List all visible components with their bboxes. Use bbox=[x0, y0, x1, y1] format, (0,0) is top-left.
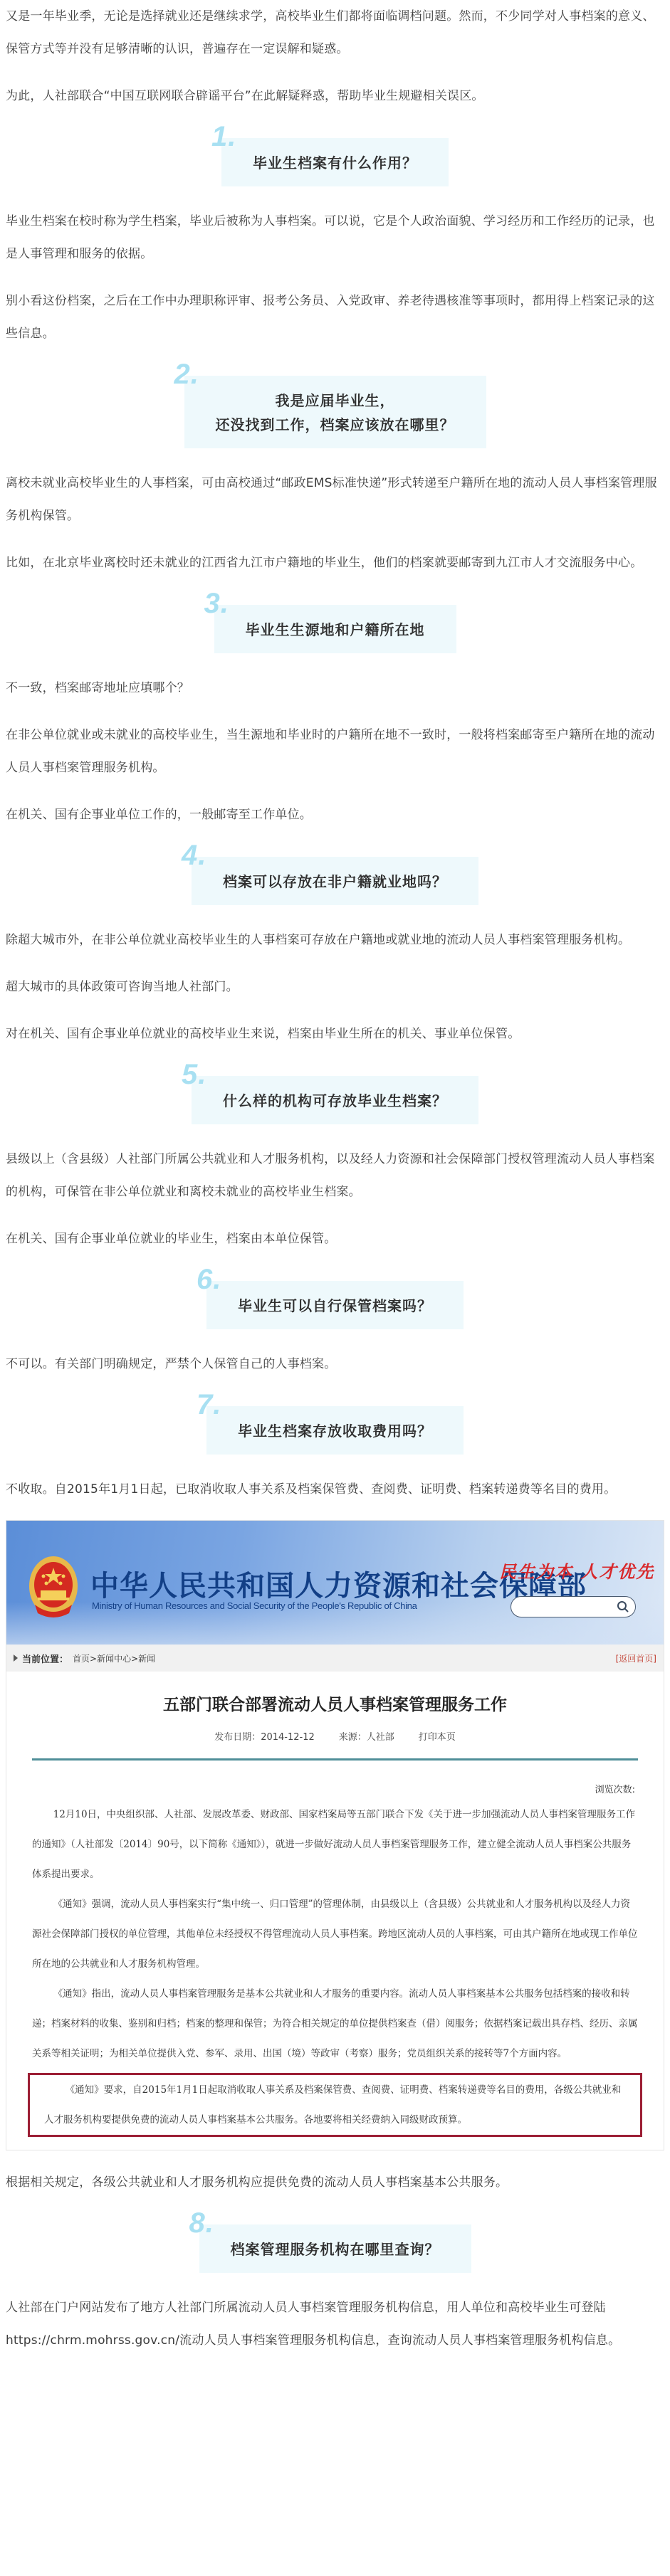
section-3-paragraph-1: 不一致，档案邮寄地址应填哪个？ bbox=[6, 672, 664, 704]
site-title-en: Ministry of Human Resources and Social S… bbox=[92, 1600, 417, 1611]
section-title: 什么样的机构可存放毕业生档案？ bbox=[223, 1089, 447, 1113]
section-number: 2. bbox=[174, 360, 199, 389]
section-number: 5. bbox=[182, 1060, 206, 1089]
section-6-paragraph-1: 不可以。有关部门明确规定，严禁个人保管自己的人事档案。 bbox=[6, 1348, 664, 1381]
section-8-paragraph-1: 人社部在门户网站发布了地方人社部门所属流动人员人事档案管理服务机构信息，用人单位… bbox=[6, 2291, 664, 2357]
site-banner: 中华人民共和国人力资源和社会保障部 Ministry of Human Reso… bbox=[6, 1521, 664, 1645]
section-number: 3. bbox=[204, 589, 229, 618]
intro-paragraph-1: 又是一年毕业季，无论是选择就业还是继续求学，高校毕业生们都将面临调档问题。然而，… bbox=[6, 0, 664, 65]
site-article: 五部门联合部署流动人员人事档案管理服务工作 发布日期：2014-12-12 来源… bbox=[6, 1672, 664, 2150]
section-8-heading: 8. 档案管理服务机构在哪里查询？ bbox=[6, 2224, 664, 2273]
section-3-heading: 3. 毕业生生源地和户籍所在地 bbox=[6, 605, 664, 653]
triangle-right-icon bbox=[14, 1654, 18, 1662]
site-highlight-paragraph: 《通知》要求，自2015年1月1日起取消收取人事关系及档案保管费、查阅费、证明费… bbox=[33, 2075, 637, 2135]
site-search-input[interactable] bbox=[511, 1596, 636, 1617]
intro-paragraph-2: 为此，人社部联合“中国互联网联合辟谣平台”在此解疑释惑，帮助毕业生规避相关误区。 bbox=[6, 80, 664, 112]
section-title: 档案管理服务机构在哪里查询？ bbox=[231, 2237, 440, 2261]
section-title: 档案可以存放在非户籍就业地吗？ bbox=[223, 870, 447, 894]
breadcrumb-label: 当前位置： bbox=[22, 1652, 68, 1665]
section-3-paragraph-3: 在机关、国有企事业单位工作的，一般邮寄至工作单位。 bbox=[6, 798, 664, 831]
back-home-link[interactable]: [返回首页] bbox=[616, 1652, 656, 1664]
section-5-paragraph-1: 县级以上（含县级）人社部门所属公共就业和人才服务机构，以及经人力资源和社会保障部… bbox=[6, 1143, 664, 1208]
section-6-heading: 6. 毕业生可以自行保管档案吗？ bbox=[6, 1281, 664, 1329]
site-article-title: 五部门联合部署流动人员人事档案管理服务工作 bbox=[21, 1691, 649, 1715]
section-3-paragraph-2: 在非公单位就业或未就业的高校毕业生，当生源地和毕业时的户籍所在地不一致时，一般将… bbox=[6, 719, 664, 784]
site-article-meta: 发布日期：2014-12-12 来源：人社部 打印本页 bbox=[21, 1729, 649, 1743]
article: 又是一年毕业季，无论是选择就业还是继续求学，高校毕业生们都将面临调档问题。然而，… bbox=[0, 0, 670, 2378]
divider bbox=[32, 1758, 638, 1761]
section-1-paragraph-2: 别小看这份档案，之后在工作中办理职称评审、报考公务员、入党政审、养老待遇核准等事… bbox=[6, 285, 664, 350]
site-slogan: 民生为本 人才优先 bbox=[499, 1558, 654, 1583]
search-icon[interactable] bbox=[617, 1600, 629, 1613]
section-title: 毕业生档案存放收取费用吗？ bbox=[238, 1419, 432, 1443]
section-5-heading: 5. 什么样的机构可存放毕业生档案？ bbox=[6, 1076, 664, 1124]
source: 来源：人社部 bbox=[339, 1729, 394, 1743]
highlighted-notice-box: 《通知》要求，自2015年1月1日起取消收取人事关系及档案保管费、查阅费、证明费… bbox=[28, 2073, 642, 2137]
section-2-paragraph-1: 离校未就业高校毕业生的人事档案，可由高校通过“邮政EMS标准快递”形式转递至户籍… bbox=[6, 467, 664, 532]
site-paragraph-3: 《通知》指出，流动人员人事档案管理服务是基本公共就业和人才服务的重要内容。流动人… bbox=[21, 1979, 649, 2069]
print-link[interactable]: 打印本页 bbox=[419, 1729, 456, 1743]
section-4-paragraph-2: 超大城市的具体政策可咨询当地人社部门。 bbox=[6, 971, 664, 1003]
section-1-heading: 1. 毕业生档案有什么作用？ bbox=[6, 138, 664, 186]
section-title: 毕业生生源地和户籍所在地 bbox=[246, 618, 425, 642]
section-4-paragraph-3: 对在机关、国有企事业单位就业的高校毕业生来说，档案由毕业生所在的机关、事业单位保… bbox=[6, 1018, 664, 1050]
section-7-paragraph-1: 不收取。自2015年1月1日起，已取消收取人事关系及档案保管费、查阅费、证明费、… bbox=[6, 1473, 664, 1506]
section-2-paragraph-2: 比如，在北京毕业离校时还未就业的江西省九江市户籍地的毕业生，他们的档案就要邮寄到… bbox=[6, 547, 664, 579]
section-number: 1. bbox=[211, 122, 236, 151]
section-title-line-1: 我是应届毕业生， bbox=[216, 389, 455, 413]
publish-date: 发布日期：2014-12-12 bbox=[214, 1729, 315, 1743]
section-1-paragraph-1: 毕业生档案在校时称为学生档案，毕业后被称为人事档案。可以说，它是个人政治面貌、学… bbox=[6, 205, 664, 270]
breadcrumb-path[interactable]: 首页>新闻中心>新闻 bbox=[73, 1652, 155, 1664]
view-count: 浏览次数: bbox=[35, 1782, 635, 1795]
section-2-heading: 2. 我是应届毕业生， 还没找到工作，档案应该放在哪里？ bbox=[6, 376, 664, 448]
section-7-heading: 7. 毕业生档案存放收取费用吗？ bbox=[6, 1406, 664, 1455]
section-title: 毕业生档案有什么作用？ bbox=[253, 151, 417, 175]
section-number: 4. bbox=[182, 841, 206, 870]
section-title: 毕业生可以自行保管档案吗？ bbox=[238, 1294, 432, 1318]
national-emblem-icon bbox=[28, 1555, 79, 1620]
section-number: 7. bbox=[197, 1390, 221, 1419]
section-title-line-2: 还没找到工作，档案应该放在哪里？ bbox=[216, 413, 455, 437]
site-paragraph-2: 《通知》强调，流动人员人事档案实行“集中统一、归口管理”的管理体制，由县级以上（… bbox=[21, 1889, 649, 1979]
section-5-paragraph-2: 在机关、国有企事业单位就业的毕业生，档案由本单位保管。 bbox=[6, 1223, 664, 1255]
mohrss-website-screenshot: 中华人民共和国人力资源和社会保障部 Ministry of Human Reso… bbox=[6, 1520, 664, 2150]
section-4-heading: 4. 档案可以存放在非户籍就业地吗？ bbox=[6, 857, 664, 905]
section-number: 8. bbox=[189, 2209, 214, 2237]
site-paragraph-1: 12月10日，中央组织部、人社部、发展改革委、财政部、国家档案局等五部门联合下发… bbox=[21, 1800, 649, 1889]
section-4-paragraph-1: 除超大城市外，在非公单位就业高校毕业生的人事档案可存放在户籍地或就业地的流动人员… bbox=[6, 924, 664, 956]
after-screenshot-paragraph: 根据相关规定，各级公共就业和人才服务机构应提供免费的流动人员人事档案基本公共服务… bbox=[6, 2166, 664, 2199]
site-breadcrumb: 当前位置： 首页>新闻中心>新闻 [返回首页] bbox=[6, 1645, 664, 1672]
section-number: 6. bbox=[197, 1265, 221, 1294]
